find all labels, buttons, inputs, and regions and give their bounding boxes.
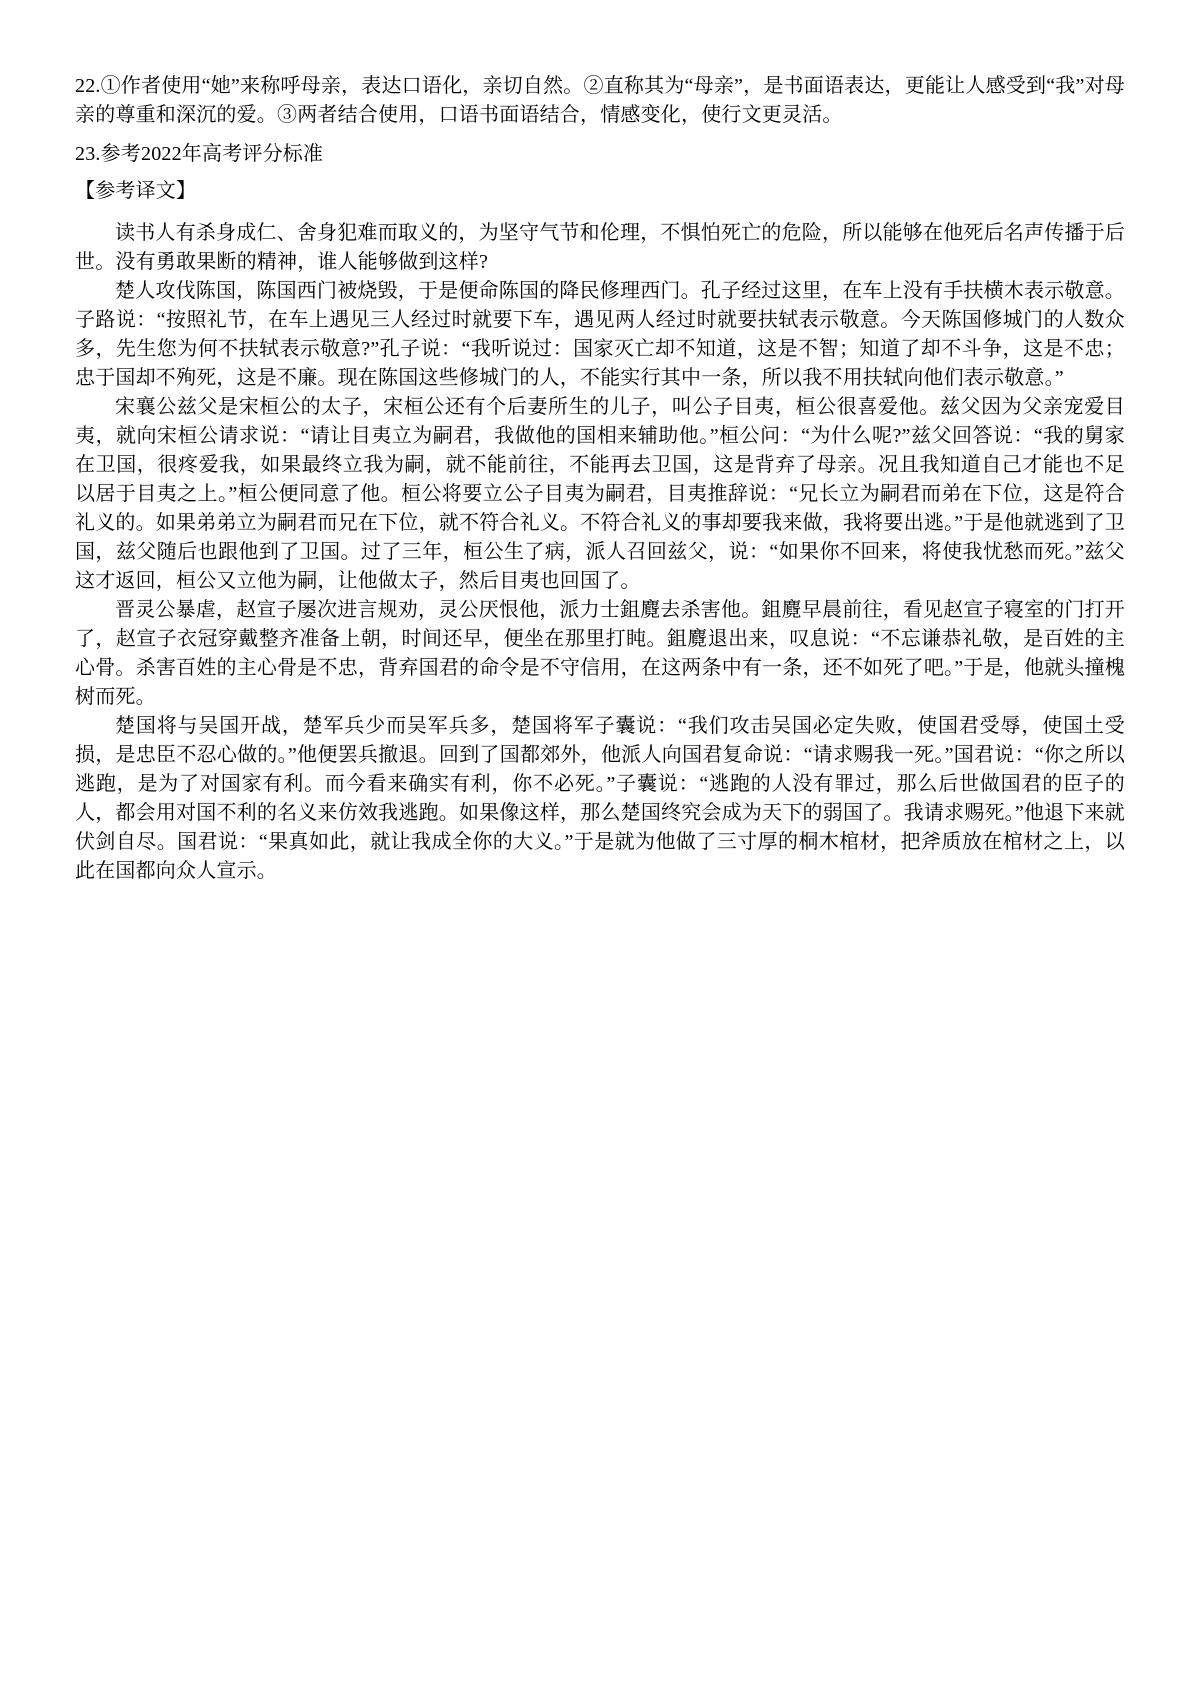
translation-paragraph-3: 宋襄公兹父是宋桓公的太子，宋桓公还有个后妻所生的儿子，叫公子目夷，桓公很喜爱他。… — [75, 393, 1125, 596]
translation-paragraph-5: 楚国将与吴国开战，楚军兵少而吴军兵多，楚国将军子囊说：“我们攻击吴国必定失败，使… — [75, 712, 1125, 886]
answer-item-22: 22.①作者使用“她”来称呼母亲，表达口语化，亲切自然。②直称其为“母亲”，是书… — [75, 72, 1125, 130]
translation-paragraph-1: 读书人有杀身成仁、舍身犯难而取义的，为坚守气节和伦理，不惧怕死亡的危险，所以能够… — [75, 219, 1125, 277]
section-header-reference-translation: 【参考译文】 — [75, 177, 1125, 206]
answer-item-23: 23.参考2022年高考评分标准 — [75, 140, 1125, 169]
translation-paragraph-4: 晋灵公暴虐，赵宣子屡次进言规劝，灵公厌恨他，派力士鉏麑去杀害他。鉏麑早晨前往，看… — [75, 596, 1125, 712]
document-page: 22.①作者使用“她”来称呼母亲，表达口语化，亲切自然。②直称其为“母亲”，是书… — [0, 0, 1200, 1699]
translation-paragraph-2: 楚人攻伐陈国，陈国西门被烧毁，于是便命陈国的降民修理西门。孔子经过这里，在车上没… — [75, 277, 1125, 393]
